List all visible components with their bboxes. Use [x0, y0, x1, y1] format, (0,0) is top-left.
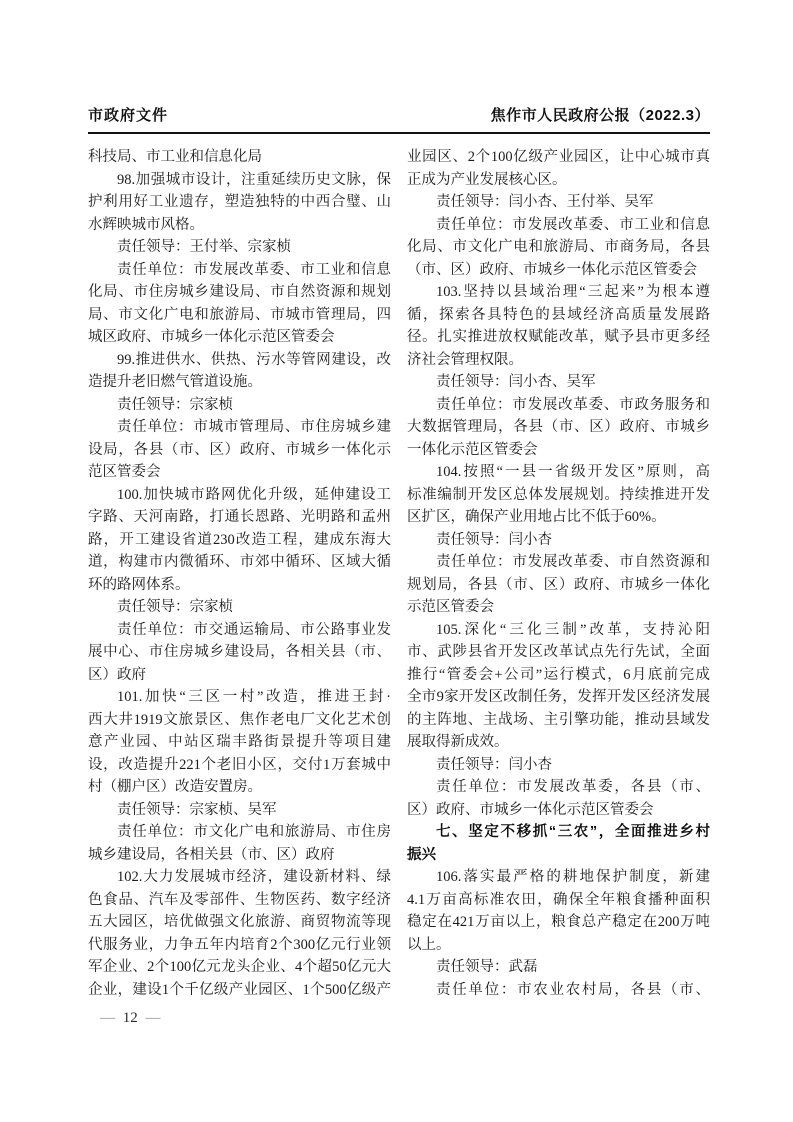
text-line: 责任领导：闫小杏、吴军 [407, 371, 710, 394]
text-line: 路，开工建设省道230改造工程，建成东海大 [88, 529, 391, 552]
header-rule [88, 132, 710, 134]
text-line: 责任单位：市文化广电和旅游局、市住房 [88, 821, 391, 844]
section-heading-line: 七、坚定不移抓“三农”，全面推进乡村 [407, 821, 710, 844]
page-number-dash-left: — [100, 1010, 115, 1026]
text-line: 责任领导：王付举、宗家桢 [88, 236, 391, 259]
text-line: 村（棚户区）改造安置房。 [88, 776, 391, 799]
text-line: 代服务业，力争五年内培育2个300亿元行业领 [88, 934, 391, 957]
text-line: 大数据管理局，各县（市、区）政府、市城乡 [407, 416, 710, 439]
text-line: 范区管委会 [88, 461, 391, 484]
text-line: 全市9家开发区改制任务，发挥开发区经济发展 [407, 686, 710, 709]
text-line: 责任领导：闫小杏 [407, 754, 710, 777]
text-line: 104.按照“一县一省级开发区”原则，高 [407, 461, 710, 484]
text-line: 100.加快城市路网优化升级，延伸建设工 [88, 484, 391, 507]
text-line: 责任单位：市发展改革委、市工业和信息 [407, 214, 710, 237]
header-left-title: 市政府文件 [88, 104, 168, 125]
text-line: 设局，各县（市、区）政府、市城乡一体化示 [88, 439, 391, 462]
text-line: 责任单位：市发展改革委、市自然资源和 [407, 551, 710, 574]
text-line: 4.1万亩高标准农田，确保全年粮食播种面积 [407, 889, 710, 912]
text-line: 径。扎实推进放权赋能改革，赋予县市更多经 [407, 326, 710, 349]
text-line: 以上。 [407, 934, 710, 957]
text-line: 责任单位：市发展改革委，各县（市、 [407, 776, 710, 799]
text-line: 标准编制开发区总体发展规划。持续推进开发 [407, 484, 710, 507]
text-line: 106.落实最严格的耕地保护制度，新建 [407, 866, 710, 889]
body-columns: 科技局、市工业和信息化局98.加强城市设计，注重延续历史文脉，保护利用好工业遗存… [88, 146, 710, 1001]
page-number: — 12 — [100, 1010, 161, 1027]
text-line: 责任单位：市农业农村局，各县（市、 [407, 979, 710, 1002]
text-line: 五大园区，培优做强文化旅游、商贸物流等现 [88, 911, 391, 934]
text-line: 展中心、市住房城乡建设局，各相关县（市、 [88, 641, 391, 664]
text-line: 色食品、汽车及零部件、生物医药、数字经济 [88, 889, 391, 912]
page-number-dash-right: — [146, 1010, 161, 1026]
text-line: 局、市文化广电和旅游局、市城市管理局，四 [88, 304, 391, 327]
text-line: 102.大力发展城市经济，建设新材料、绿 [88, 866, 391, 889]
text-line: 区）政府 [88, 664, 391, 687]
text-line: 98.加强城市设计，注重延续历史文脉，保 [88, 169, 391, 192]
text-line: 循，探索各具特色的县域经济高质量发展路 [407, 304, 710, 327]
text-line: 99.推进供水、供热、污水等管网建设，改 [88, 349, 391, 372]
text-line: 责任领导：宗家桢 [88, 596, 391, 619]
text-line: 化局、市文化广电和旅游局、市商务局，各县 [407, 236, 710, 259]
text-line: 105.深化“三化三制”改革，支持沁阳 [407, 619, 710, 642]
text-line: 责任领导：闫小杏 [407, 529, 710, 552]
text-line: 城乡建设局，各相关县（市、区）政府 [88, 844, 391, 867]
text-line: 示范区管委会 [407, 596, 710, 619]
text-line: 责任单位：市发展改革委、市政务服务和 [407, 394, 710, 417]
text-line: 展取得新成效。 [407, 731, 710, 754]
text-line: 企业，建设1个千亿级产业园区、1个500亿级产 [88, 979, 391, 1002]
text-line: 一体化示范区管委会 [407, 439, 710, 462]
text-line: （市、区）政府、市城乡一体化示范区管委会 [407, 259, 710, 282]
text-line: 道，构建市内微循环、市郊中循环、区域大循 [88, 551, 391, 574]
text-line: 责任领导：闫小杏、王付举、吴军 [407, 191, 710, 214]
gazette-page: 市政府文件 焦作市人民政府公报（2022.3） 科技局、市工业和信息化局98.加… [0, 0, 793, 1122]
page-number-value: 12 [119, 1010, 142, 1026]
text-line: 西大井1919文旅景区、焦作老电厂文化艺术创 [88, 709, 391, 732]
text-line: 济社会管理权限。 [407, 349, 710, 372]
text-line: 责任领导：宗家桢 [88, 394, 391, 417]
text-line: 的主阵地、主战场、主引擎功能，推动县域发 [407, 709, 710, 732]
text-line: 区扩区，确保产业用地占比不低于60%。 [407, 506, 710, 529]
text-line: 规划局，各县（市、区）政府、市城乡一体化 [407, 574, 710, 597]
text-line: 护利用好工业遗存，塑造独特的中西合璧、山 [88, 191, 391, 214]
text-line: 正成为产业发展核心区。 [407, 169, 710, 192]
text-line: 稳定在421万亩以上，粮食总产稳定在200万吨 [407, 911, 710, 934]
text-line: 军企业、2个100亿元龙头企业、4个超50亿元大 [88, 956, 391, 979]
text-line: 城区政府、市城乡一体化示范区管委会 [88, 326, 391, 349]
column-left: 科技局、市工业和信息化局98.加强城市设计，注重延续历史文脉，保护利用好工业遗存… [88, 146, 391, 1001]
text-line: 责任领导：宗家桢、吴军 [88, 799, 391, 822]
header-right-title: 焦作市人民政府公报（2022.3） [491, 104, 710, 125]
text-line: 设，改造提升221个老旧小区，交付1万套城中 [88, 754, 391, 777]
section-heading-line: 振兴 [407, 844, 710, 867]
text-line: 意产业园、中站区瑞丰路街景提升等项目建 [88, 731, 391, 754]
text-line: 造提升老旧燃气管道设施。 [88, 371, 391, 394]
text-line: 责任领导：武磊 [407, 956, 710, 979]
text-line: 字路、天河南路，打通长恩路、光明路和孟州 [88, 506, 391, 529]
text-line: 推行“管委会+公司”运行模式，6月底前完成 [407, 664, 710, 687]
text-line: 市、武陟县省开发区改革试点先行先试，全面 [407, 641, 710, 664]
text-line: 业园区、2个100亿级产业园区，让中心城市真 [407, 146, 710, 169]
column-right: 业园区、2个100亿级产业园区，让中心城市真正成为产业发展核心区。责任领导：闫小… [407, 146, 710, 1001]
text-line: 101.加快“三区一村”改造，推进王封· [88, 686, 391, 709]
text-line: 责任单位：市发展改革委、市工业和信息 [88, 259, 391, 282]
text-line: 责任单位：市交通运输局、市公路事业发 [88, 619, 391, 642]
text-line: 环的路网体系。 [88, 574, 391, 597]
text-line: 水辉映城市风格。 [88, 214, 391, 237]
text-line: 化局、市住房城乡建设局、市自然资源和规划 [88, 281, 391, 304]
text-line: 责任单位：市城市管理局、市住房城乡建 [88, 416, 391, 439]
text-line: 科技局、市工业和信息化局 [88, 146, 391, 169]
text-line: 103.坚持以县域治理“三起来”为根本遵 [407, 281, 710, 304]
text-line: 区）政府、市城乡一体化示范区管委会 [407, 799, 710, 822]
